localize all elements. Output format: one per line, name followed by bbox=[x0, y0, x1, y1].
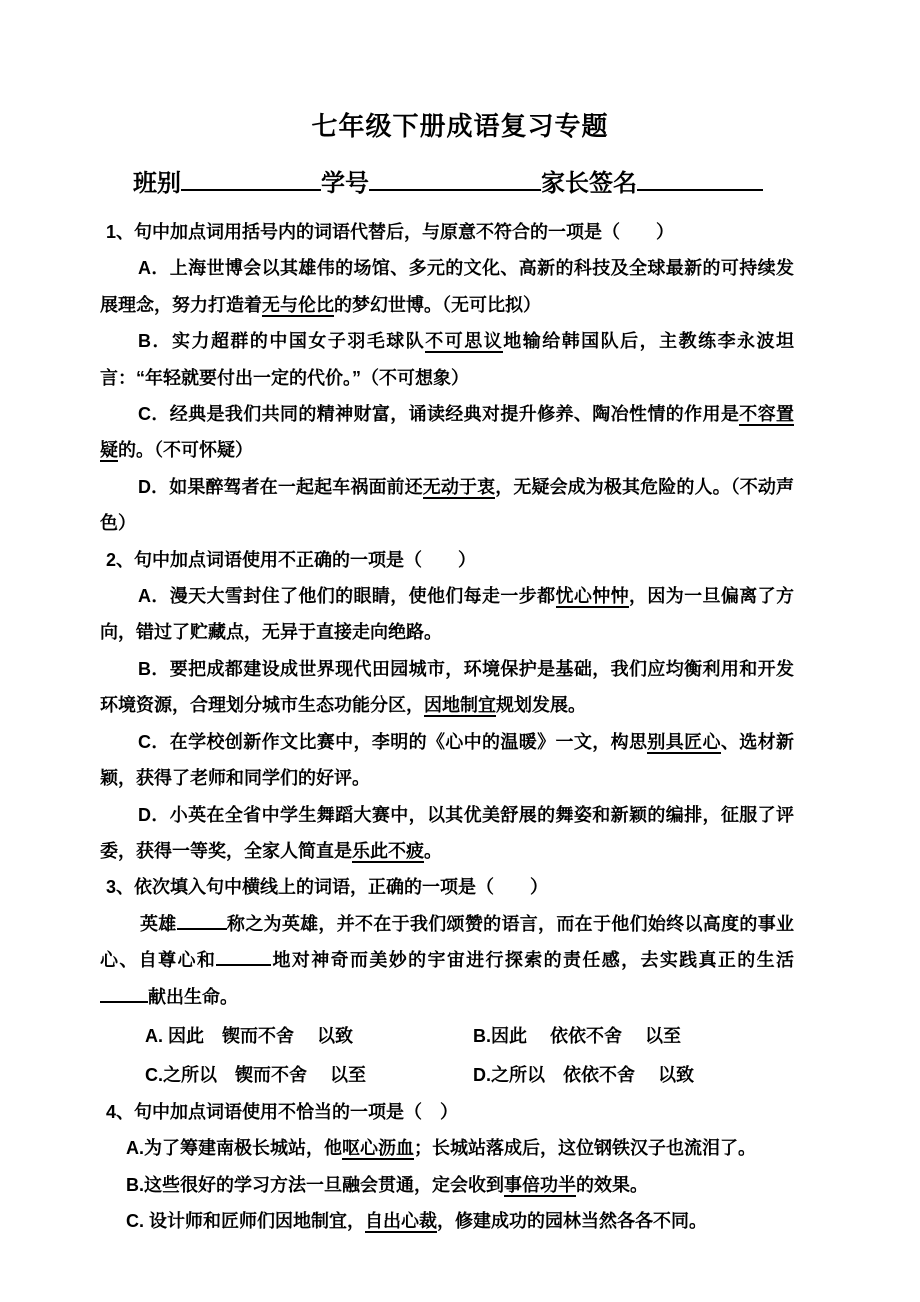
underlined-idiom: 乐此不疲 bbox=[352, 841, 424, 863]
choice-cell: D.之所以 依依不舍 以致 bbox=[473, 1065, 694, 1085]
question-2-option-b: B．要把成都建设成世界现代田园城市，环境保护是基础，我们应均衡利用和开发环境资源… bbox=[100, 651, 794, 724]
text-run: C．在学校创新作文比赛中，李明的《心中的温暖》一文，构思 bbox=[138, 732, 647, 752]
question-2-option-c: C．在学校创新作文比赛中，李明的《心中的温暖》一文，构思别具匠心、选材新颖，获得… bbox=[100, 724, 794, 797]
header-fill-in-blank-1 bbox=[181, 167, 321, 191]
text-run: 的梦幻世博。（无可比拟） bbox=[334, 295, 541, 315]
header-field-label-2: 学号 bbox=[321, 170, 369, 197]
question-3-fill-text: 英雄称之为英雄，并不在于我们颂赞的语言，而在于他们始终以高度的事业心、自尊心和地… bbox=[100, 906, 794, 1015]
question-3-choices-row-1: A. 因此 锲而不舍 以致B.因此 依依不舍 以至 bbox=[100, 1018, 794, 1054]
underlined-idiom: 不可思议 bbox=[425, 331, 503, 353]
fill-in-blank bbox=[177, 912, 227, 930]
question-4-option-c: C. 设计师和匠师们因地制宜，自出心裁，修建成功的园林当然各各不同。 bbox=[100, 1203, 794, 1239]
text-run: 4、句中加点词语使用不恰当的一项是（ ） bbox=[106, 1102, 458, 1122]
header-field-label-3: 家长签名 bbox=[541, 170, 637, 197]
question-3-choices-row-2: C.之所以 锲而不舍 以至D.之所以 依依不舍 以致 bbox=[100, 1057, 794, 1093]
text-run: ，修建成功的园林当然各各不同。 bbox=[437, 1211, 707, 1231]
text-run: C．经典是我们共同的精神财富，诵读经典对提升修养、陶冶性情的作用是 bbox=[138, 404, 739, 424]
text-run: 规划发展。 bbox=[496, 695, 586, 715]
underlined-idiom: 因地制宜 bbox=[424, 695, 496, 717]
text-run: A.为了筹建南极长城站，他 bbox=[126, 1138, 342, 1158]
text-run: 3、依次填入句中横线上的词语，正确的一项是（ ） bbox=[106, 877, 548, 897]
question-2-option-a: A．漫天大雪封住了他们的眼睛，使他们每走一步都忧心忡忡，因为一旦偏离了方向，错过… bbox=[100, 578, 794, 651]
text-run: 2、句中加点词语使用不正确的一项是（ ） bbox=[106, 550, 476, 570]
text-run: C. 设计师和匠师们因地制宜， bbox=[126, 1211, 365, 1231]
student-info-line: 班别学号家长签名 bbox=[133, 166, 794, 202]
text-run: 的。（不可怀疑） bbox=[118, 440, 253, 460]
choice-cell: C.之所以 锲而不舍 以至 bbox=[145, 1057, 473, 1093]
text-run: 地对神奇而美妙的宇宙进行探索的责任感，去实践真正的生活 bbox=[271, 950, 794, 970]
text-run: ；长城站落成后，这位钢铁汉子也流泪了。 bbox=[414, 1138, 756, 1158]
document-page: 七年级下册成语复习专题 班别学号家长签名 1、句中加点词用括号内的词语代替后，与… bbox=[0, 0, 920, 1302]
text-run: 1、句中加点词用括号内的词语代替后，与原意不符合的一项是（ ） bbox=[106, 222, 674, 242]
header-fill-in-blank-3 bbox=[637, 167, 763, 191]
text-run: D．小英在全省中学生舞蹈大赛中，以其优美舒展的舞姿和新颖的编排，征服了评委，获得… bbox=[100, 805, 794, 861]
text-run: B．实力超群的中国女子羽毛球队 bbox=[138, 331, 425, 351]
choice-cell: B.因此 依依不舍 以至 bbox=[473, 1026, 681, 1046]
fill-in-blank bbox=[100, 985, 148, 1003]
document-content: 班别学号家长签名 1、句中加点词用括号内的词语代替后，与原意不符合的一项是（ ）… bbox=[0, 166, 920, 1239]
text-run: B.这些很好的学习方法一旦融会贯通，定会收到 bbox=[126, 1175, 504, 1195]
question-1-option-d: D．如果醉驾者在一起起车祸面前还无动于衷，无疑会成为极其危险的人。（不动声色） bbox=[100, 469, 794, 542]
question-1-option-a: A．上海世博会以其雄伟的场馆、多元的文化、高新的科技及全球最新的可持续发展理念，… bbox=[100, 250, 794, 323]
question-4-option-a: A.为了筹建南极长城站，他呕心沥血；长城站落成后，这位钢铁汉子也流泪了。 bbox=[100, 1130, 794, 1166]
header-fill-in-blank-2 bbox=[369, 167, 541, 191]
fill-in-blank bbox=[216, 948, 271, 966]
question-1-option-b: B．实力超群的中国女子羽毛球队不可思议地输给韩国队后，主教练李永波坦言：“年轻就… bbox=[100, 323, 794, 396]
question-1-option-c: C．经典是我们共同的精神财富，诵读经典对提升修养、陶冶性情的作用是不容置疑的。（… bbox=[100, 396, 794, 469]
text-run: 。 bbox=[424, 841, 442, 861]
text-run: 献出生命。 bbox=[148, 987, 238, 1007]
question-2-option-d: D．小英在全省中学生舞蹈大赛中，以其优美舒展的舞姿和新颖的编排，征服了评委，获得… bbox=[100, 797, 794, 870]
question-list: 1、句中加点词用括号内的词语代替后，与原意不符合的一项是（ ）A．上海世博会以其… bbox=[100, 214, 794, 1239]
underlined-idiom: 别具匠心 bbox=[647, 732, 721, 754]
choice-cell: A. 因此 锲而不舍 以致 bbox=[145, 1018, 473, 1054]
header-field-label-1: 班别 bbox=[133, 170, 181, 197]
underlined-idiom: 自出心裁 bbox=[365, 1211, 437, 1233]
text-run: A．漫天大雪封住了他们的眼睛，使他们每走一步都 bbox=[138, 586, 556, 606]
underlined-idiom: 忧心忡忡 bbox=[556, 586, 630, 608]
text-run: 英雄 bbox=[140, 914, 177, 934]
question-4-stem: 4、句中加点词语使用不恰当的一项是（ ） bbox=[100, 1094, 794, 1130]
question-3-stem: 3、依次填入句中横线上的词语，正确的一项是（ ） bbox=[100, 869, 794, 905]
question-4-option-b: B.这些很好的学习方法一旦融会贯通，定会收到事倍功半的效果。 bbox=[100, 1167, 794, 1203]
text-run: D．如果醉驾者在一起起车祸面前还 bbox=[138, 477, 423, 497]
underlined-idiom: 无与伦比 bbox=[262, 295, 334, 317]
text-run: 的效果。 bbox=[576, 1175, 648, 1195]
underlined-idiom: 事倍功半 bbox=[504, 1175, 576, 1197]
underlined-idiom: 无动于衷 bbox=[423, 477, 495, 499]
page-title: 七年级下册成语复习专题 bbox=[0, 0, 920, 146]
question-1-stem: 1、句中加点词用括号内的词语代替后，与原意不符合的一项是（ ） bbox=[100, 214, 794, 250]
question-2-stem: 2、句中加点词语使用不正确的一项是（ ） bbox=[100, 542, 794, 578]
underlined-idiom: 呕心沥血 bbox=[342, 1138, 414, 1160]
